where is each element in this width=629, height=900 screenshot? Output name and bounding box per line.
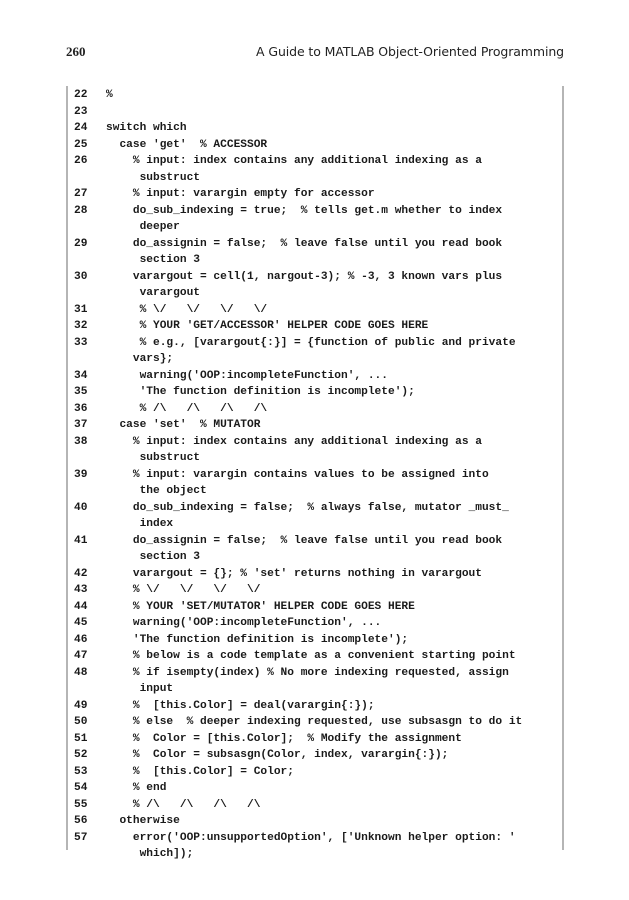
code-line: 46 'The function definition is incomplet… (74, 632, 558, 649)
line-code: error('OOP:unsupportedOption', ['Unknown… (106, 832, 516, 844)
code-line: 29 do_assignin = false; % leave false un… (74, 236, 558, 269)
line-number: 38 (74, 434, 106, 451)
line-code: % YOUR 'GET/ACCESSOR' HELPER CODE GOES H… (106, 320, 428, 332)
line-code: 'The function definition is incomplete')… (106, 634, 408, 646)
line-code (106, 106, 113, 118)
line-wrap-continuation: substruct (106, 450, 558, 467)
code-listing-frame: 22%23 24switch which25 case 'get' % ACCE… (66, 86, 564, 850)
line-text: % if isempty(index) % No more indexing r… (106, 665, 558, 698)
code-line: 57 error('OOP:unsupportedOption', ['Unkn… (74, 830, 558, 863)
line-wrap-continuation: substruct (106, 170, 558, 187)
line-wrap-continuation: input (106, 681, 558, 698)
line-wrap-continuation: index (106, 516, 558, 533)
line-code: % below is a code template as a convenie… (106, 650, 516, 662)
line-code: % Color = [this.Color]; % Modify the ass… (106, 733, 462, 745)
code-line: 27 % input: varargin empty for accessor (74, 186, 558, 203)
code-line: 34 warning('OOP:incompleteFunction', ... (74, 368, 558, 385)
code-line: 39 % input: varargin contains values to … (74, 467, 558, 500)
line-text: error('OOP:unsupportedOption', ['Unknown… (106, 830, 558, 863)
line-text: % input: index contains any additional i… (106, 153, 558, 186)
line-code: % [this.Color] = deal(varargin{:}); (106, 700, 375, 712)
line-text: do_sub_indexing = true; % tells get.m wh… (106, 203, 558, 236)
line-code: % input: index contains any additional i… (106, 436, 482, 448)
line-number: 29 (74, 236, 106, 253)
line-number: 45 (74, 615, 106, 632)
line-wrap-continuation: which]); (106, 846, 558, 863)
line-number: 42 (74, 566, 106, 583)
code-line: 52 % Color = subsasgn(Color, index, vara… (74, 747, 558, 764)
line-text: % e.g., [varargout{:}] = {function of pu… (106, 335, 558, 368)
line-text: otherwise (106, 813, 558, 830)
code-line: 40 do_sub_indexing = false; % always fal… (74, 500, 558, 533)
line-number: 41 (74, 533, 106, 550)
line-code: case 'set' % MUTATOR (106, 419, 260, 431)
line-number: 28 (74, 203, 106, 220)
line-code: warning('OOP:incompleteFunction', ... (106, 370, 388, 382)
code-line: 54 % end (74, 780, 558, 797)
line-number: 52 (74, 747, 106, 764)
code-line: 49 % [this.Color] = deal(varargin{:}); (74, 698, 558, 715)
line-text: % [this.Color] = deal(varargin{:}); (106, 698, 558, 715)
code-line: 31 % \/ \/ \/ \/ (74, 302, 558, 319)
line-text: % input: varargin contains values to be … (106, 467, 558, 500)
code-line: 43 % \/ \/ \/ \/ (74, 582, 558, 599)
line-text: % end (106, 780, 558, 797)
line-wrap-continuation: the object (106, 483, 558, 500)
code-line: 36 % /\ /\ /\ /\ (74, 401, 558, 418)
line-number: 46 (74, 632, 106, 649)
line-number: 50 (74, 714, 106, 731)
line-wrap-continuation: varargout (106, 285, 558, 302)
line-code: otherwise (106, 815, 180, 827)
code-line: 35 'The function definition is incomplet… (74, 384, 558, 401)
line-number: 56 (74, 813, 106, 830)
line-number: 32 (74, 318, 106, 335)
line-text: % \/ \/ \/ \/ (106, 582, 558, 599)
line-number: 22 (74, 87, 106, 104)
line-code: do_assignin = false; % leave false until… (106, 535, 502, 547)
line-code: varargout = {}; % 'set' returns nothing … (106, 568, 482, 580)
line-number: 43 (74, 582, 106, 599)
line-text: do_assignin = false; % leave false until… (106, 533, 558, 566)
code-line: 53 % [this.Color] = Color; (74, 764, 558, 781)
line-text: % \/ \/ \/ \/ (106, 302, 558, 319)
line-number: 30 (74, 269, 106, 286)
line-text: case 'set' % MUTATOR (106, 417, 558, 434)
code-line: 23 (74, 104, 558, 121)
line-text: do_sub_indexing = false; % always false,… (106, 500, 558, 533)
line-text: varargout = {}; % 'set' returns nothing … (106, 566, 558, 583)
line-number: 57 (74, 830, 106, 847)
line-number: 47 (74, 648, 106, 665)
code-line: 24switch which (74, 120, 558, 137)
line-code: varargout = cell(1, nargout-3); % -3, 3 … (106, 271, 502, 283)
line-code: % \/ \/ \/ \/ (106, 584, 260, 596)
line-number: 24 (74, 120, 106, 137)
line-text: % (106, 87, 558, 104)
line-text: warning('OOP:incompleteFunction', ... (106, 615, 558, 632)
line-number: 51 (74, 731, 106, 748)
code-line: 33 % e.g., [varargout{:}] = {function of… (74, 335, 558, 368)
line-code: case 'get' % ACCESSOR (106, 139, 267, 151)
line-text: % below is a code template as a convenie… (106, 648, 558, 665)
line-code: % (106, 89, 113, 101)
line-text: % /\ /\ /\ /\ (106, 797, 558, 814)
line-text: % input: index contains any additional i… (106, 434, 558, 467)
code-line: 44 % YOUR 'SET/MUTATOR' HELPER CODE GOES… (74, 599, 558, 616)
code-line: 48 % if isempty(index) % No more indexin… (74, 665, 558, 698)
line-wrap-continuation: vars}; (106, 351, 558, 368)
line-text: % Color = subsasgn(Color, index, varargi… (106, 747, 558, 764)
code-line: 55 % /\ /\ /\ /\ (74, 797, 558, 814)
running-head: 260 A Guide to MATLAB Object-Oriented Pr… (66, 44, 564, 64)
line-number: 53 (74, 764, 106, 781)
code-line: 30 varargout = cell(1, nargout-3); % -3,… (74, 269, 558, 302)
line-code: % \/ \/ \/ \/ (106, 304, 267, 316)
line-code: % else % deeper indexing requested, use … (106, 716, 522, 728)
code-line: 51 % Color = [this.Color]; % Modify the … (74, 731, 558, 748)
line-text: 'The function definition is incomplete')… (106, 632, 558, 649)
line-code: % input: index contains any additional i… (106, 155, 482, 167)
line-code: % input: varargin contains values to be … (106, 469, 489, 481)
line-wrap-continuation: deeper (106, 219, 558, 236)
line-number: 25 (74, 137, 106, 154)
line-number: 31 (74, 302, 106, 319)
code-line: 38 % input: index contains any additiona… (74, 434, 558, 467)
line-code: % Color = subsasgn(Color, index, varargi… (106, 749, 448, 761)
line-code: do_sub_indexing = false; % always false,… (106, 502, 509, 514)
line-number: 27 (74, 186, 106, 203)
code-line: 41 do_assignin = false; % leave false un… (74, 533, 558, 566)
line-code: % e.g., [varargout{:}] = {function of pu… (106, 337, 516, 349)
line-code: % if isempty(index) % No more indexing r… (106, 667, 509, 679)
line-text (106, 104, 558, 121)
code-line: 56 otherwise (74, 813, 558, 830)
line-text: % Color = [this.Color]; % Modify the ass… (106, 731, 558, 748)
code-listing: 22%23 24switch which25 case 'get' % ACCE… (74, 87, 558, 863)
line-text: case 'get' % ACCESSOR (106, 137, 558, 154)
line-text: % else % deeper indexing requested, use … (106, 714, 558, 731)
line-wrap-continuation: section 3 (106, 252, 558, 269)
code-line: 37 case 'set' % MUTATOR (74, 417, 558, 434)
code-line: 45 warning('OOP:incompleteFunction', ... (74, 615, 558, 632)
line-code: % [this.Color] = Color; (106, 766, 294, 778)
page-number: 260 (66, 44, 86, 60)
line-text: % /\ /\ /\ /\ (106, 401, 558, 418)
line-code: warning('OOP:incompleteFunction', ... (106, 617, 381, 629)
line-number: 26 (74, 153, 106, 170)
line-code: do_assignin = false; % leave false until… (106, 238, 502, 250)
line-number: 36 (74, 401, 106, 418)
line-code: % YOUR 'SET/MUTATOR' HELPER CODE GOES HE… (106, 601, 415, 613)
line-code: % input: varargin empty for accessor (106, 188, 375, 200)
line-text: % YOUR 'GET/ACCESSOR' HELPER CODE GOES H… (106, 318, 558, 335)
line-text: switch which (106, 120, 558, 137)
line-number: 54 (74, 780, 106, 797)
line-text: varargout = cell(1, nargout-3); % -3, 3 … (106, 269, 558, 302)
line-number: 35 (74, 384, 106, 401)
line-number: 40 (74, 500, 106, 517)
line-text: 'The function definition is incomplete')… (106, 384, 558, 401)
line-number: 37 (74, 417, 106, 434)
code-line: 50 % else % deeper indexing requested, u… (74, 714, 558, 731)
line-text: warning('OOP:incompleteFunction', ... (106, 368, 558, 385)
line-text: % YOUR 'SET/MUTATOR' HELPER CODE GOES HE… (106, 599, 558, 616)
code-line: 28 do_sub_indexing = true; % tells get.m… (74, 203, 558, 236)
line-number: 33 (74, 335, 106, 352)
book-title: A Guide to MATLAB Object-Oriented Progra… (256, 44, 564, 59)
code-line: 47 % below is a code template as a conve… (74, 648, 558, 665)
line-text: % [this.Color] = Color; (106, 764, 558, 781)
code-line: 22% (74, 87, 558, 104)
code-line: 26 % input: index contains any additiona… (74, 153, 558, 186)
line-number: 49 (74, 698, 106, 715)
line-code: switch which (106, 122, 187, 134)
line-number: 48 (74, 665, 106, 682)
code-line: 32 % YOUR 'GET/ACCESSOR' HELPER CODE GOE… (74, 318, 558, 335)
line-code: % end (106, 782, 166, 794)
line-code: % /\ /\ /\ /\ (106, 403, 267, 415)
code-line: 42 varargout = {}; % 'set' returns nothi… (74, 566, 558, 583)
line-text: do_assignin = false; % leave false until… (106, 236, 558, 269)
code-line: 25 case 'get' % ACCESSOR (74, 137, 558, 154)
line-text: % input: varargin empty for accessor (106, 186, 558, 203)
line-number: 44 (74, 599, 106, 616)
line-number: 39 (74, 467, 106, 484)
line-number: 34 (74, 368, 106, 385)
line-number: 23 (74, 104, 106, 121)
line-code: 'The function definition is incomplete')… (106, 386, 415, 398)
line-number: 55 (74, 797, 106, 814)
line-code: % /\ /\ /\ /\ (106, 799, 260, 811)
line-wrap-continuation: section 3 (106, 549, 558, 566)
line-code: do_sub_indexing = true; % tells get.m wh… (106, 205, 502, 217)
